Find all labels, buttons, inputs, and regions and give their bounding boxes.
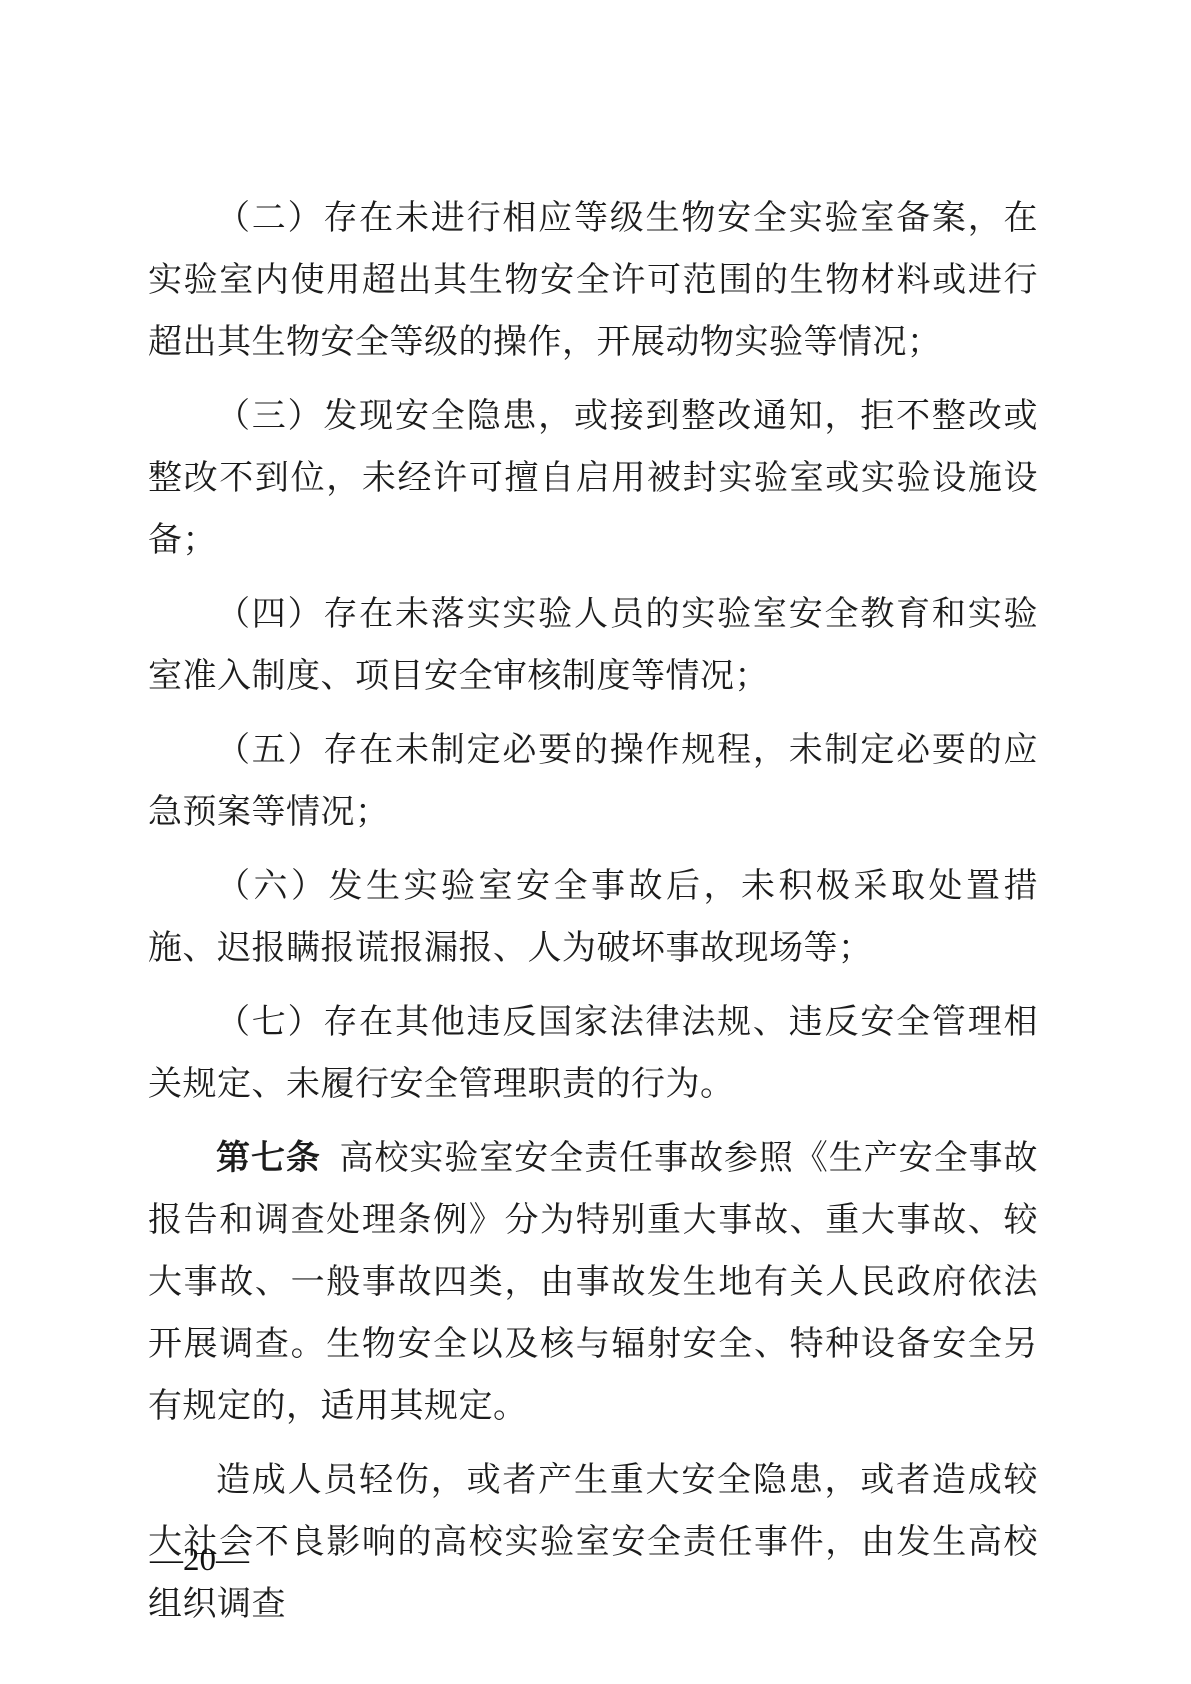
paragraph-item-8: 造成人员轻伤，或者产生重大安全隐患，或者造成较大社会不良影响的高校实验室安全责任… [148, 1450, 1038, 1636]
document-body: （二）存在未进行相应等级生物安全实验室备案，在实验室内使用超出其生物安全许可范围… [148, 188, 1038, 1648]
article-7-text: 高校实验室安全责任事故参照《生产安全事故报告和调查处理条例》分为特别重大事故、重… [148, 1140, 1038, 1425]
paragraph-item-2: （二）存在未进行相应等级生物安全实验室备案，在实验室内使用超出其生物安全许可范围… [148, 188, 1038, 374]
paragraph-item-5: （五）存在未制定必要的操作规程，未制定必要的应急预案等情况； [148, 720, 1038, 844]
page-number: —20— [150, 1538, 249, 1582]
article-number-label: 第七条 [216, 1140, 321, 1177]
paragraph-item-3: （三）发现安全隐患，或接到整改通知，拒不整改或整改不到位，未经许可擅自启用被封实… [148, 386, 1038, 572]
document-page: （二）存在未进行相应等级生物安全实验室备案，在实验室内使用超出其生物安全许可范围… [0, 0, 1191, 1684]
paragraph-article-7: 第七条高校实验室安全责任事故参照《生产安全事故报告和调查处理条例》分为特别重大事… [148, 1128, 1038, 1438]
paragraph-item-6: （六）发生实验室安全事故后，未积极采取处置措施、迟报瞒报谎报漏报、人为破坏事故现… [148, 856, 1038, 980]
paragraph-item-4: （四）存在未落实实验人员的实验室安全教育和实验室准入制度、项目安全审核制度等情况… [148, 584, 1038, 708]
paragraph-item-7: （七）存在其他违反国家法律法规、违反安全管理相关规定、未履行安全管理职责的行为。 [148, 992, 1038, 1116]
